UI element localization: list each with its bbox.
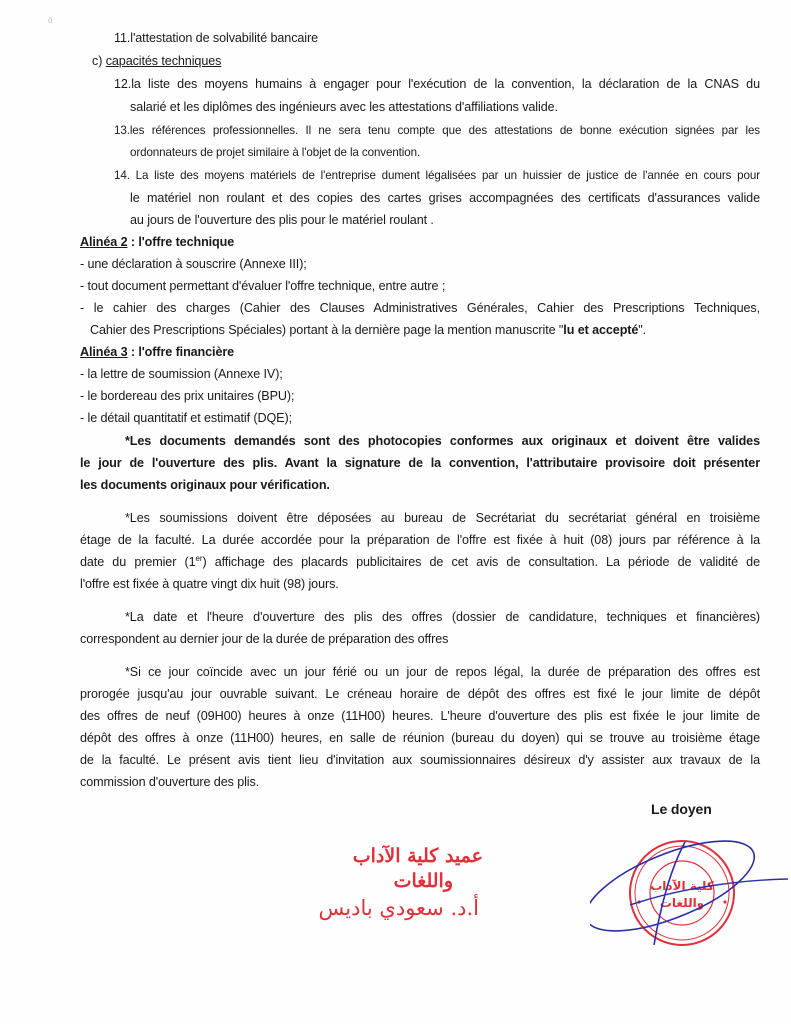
note-documents-line3: les documents originaux pour vérificatio… [80, 477, 330, 493]
item-14-line3: au jours de l'ouverture des plis pour le… [130, 212, 434, 228]
stamp-line-languages: واللغات [394, 870, 453, 892]
document-page: ö 11.l'attestation de solvabilité bancai… [0, 0, 791, 1024]
alinea-3-heading: Alinéa 3 : l'offre financière [80, 344, 234, 360]
note-soumissions-line3: date du premier (1er) affichage des plac… [80, 554, 760, 570]
note-ferie-line2: prorogée jusqu'au jour ouvrable suivant.… [80, 686, 760, 702]
alinea-2-item-continuation: Cahier des Prescriptions Spéciales) port… [90, 322, 646, 338]
item-12-line1: 12.la liste des moyens humains à engager… [114, 76, 760, 92]
scan-mark: ö [48, 16, 52, 25]
note-ferie-line4: dépôt des offres à onze (11H00) heures, … [80, 730, 760, 746]
note-text: ) affichage des placards publicitaires d… [202, 555, 760, 569]
note-ferie-line6: commission d'ouverture des plis. [80, 774, 259, 790]
item-11: 11.l'attestation de solvabilité bancaire [114, 30, 318, 46]
alinea-2-item: - tout document permettant d'évaluer l'o… [80, 278, 445, 294]
alinea-3-label: Alinéa 3 [80, 345, 128, 359]
signature-title: Le doyen [651, 801, 712, 817]
item-13-line2: ordonnateurs de projet similaire à l'obj… [130, 145, 420, 161]
item-14-line2: le matériel non roulant et des copies de… [130, 190, 760, 206]
stamp-line-dean: عميد كلية الآداب [353, 845, 483, 867]
alinea-2-heading: Alinéa 2 : l'offre technique [80, 234, 234, 250]
note-ferie-line5: de la faculté. Le présent avis tient lie… [80, 752, 760, 768]
signature-scribble-icon [590, 830, 790, 960]
note-date-line1: *La date et l'heure d'ouverture des plis… [125, 609, 760, 625]
note-soumissions-line4: l'offre est fixée à quatre vingt dix hui… [80, 576, 339, 592]
alinea-2-item: - le cahier des charges (Cahier des Clau… [80, 300, 760, 316]
section-c-heading: c) capacités techniques [92, 53, 221, 69]
mention-lu-et-accepte: lu et accepté [563, 323, 638, 337]
note-ferie-line3: des offres de neuf (09H00) heures à onze… [80, 708, 760, 724]
section-c-prefix: c) [92, 54, 106, 68]
item-14-line1: 14. La liste des moyens matériels de l'e… [114, 168, 760, 184]
alinea-3-item: - la lettre de soumission (Annexe IV); [80, 366, 283, 382]
alinea-2-item: - une déclaration à souscrire (Annexe II… [80, 256, 307, 272]
note-ferie-line1: *Si ce jour coïncide avec un jour férié … [125, 664, 760, 680]
item-13-line1: 13.les références professionnelles. Il n… [114, 123, 760, 139]
item-12-line2: salarié et les diplômes des ingénieurs a… [130, 99, 558, 115]
note-date-line2: correspondent au dernier jour de la duré… [80, 631, 448, 647]
note-soumissions-line1: *Les soumissions doivent être déposées a… [125, 510, 760, 526]
mention-suffix: ". [638, 323, 646, 337]
alinea-2-label: Alinéa 2 [80, 235, 128, 249]
stamp-line-name: أ.د. سعودي باديس [319, 896, 479, 920]
mention-prefix: Cahier des Prescriptions Spéciales) port… [90, 323, 563, 337]
note-documents-line2: le jour de l'ouverture des plis. Avant l… [80, 455, 760, 471]
alinea-2-title: : l'offre technique [128, 235, 235, 249]
note-documents-line1: *Les documents demandés sont des photoco… [125, 433, 760, 449]
alinea-3-item: - le détail quantitatif et estimatif (DQ… [80, 410, 292, 426]
note-soumissions-line2: étage de la faculté. La durée accordée p… [80, 532, 760, 548]
alinea-3-item: - le bordereau des prix unitaires (BPU); [80, 388, 294, 404]
section-c-title: capacités techniques [106, 54, 222, 68]
note-text: date du premier (1 [80, 555, 196, 569]
alinea-3-title: : l'offre financière [128, 345, 235, 359]
